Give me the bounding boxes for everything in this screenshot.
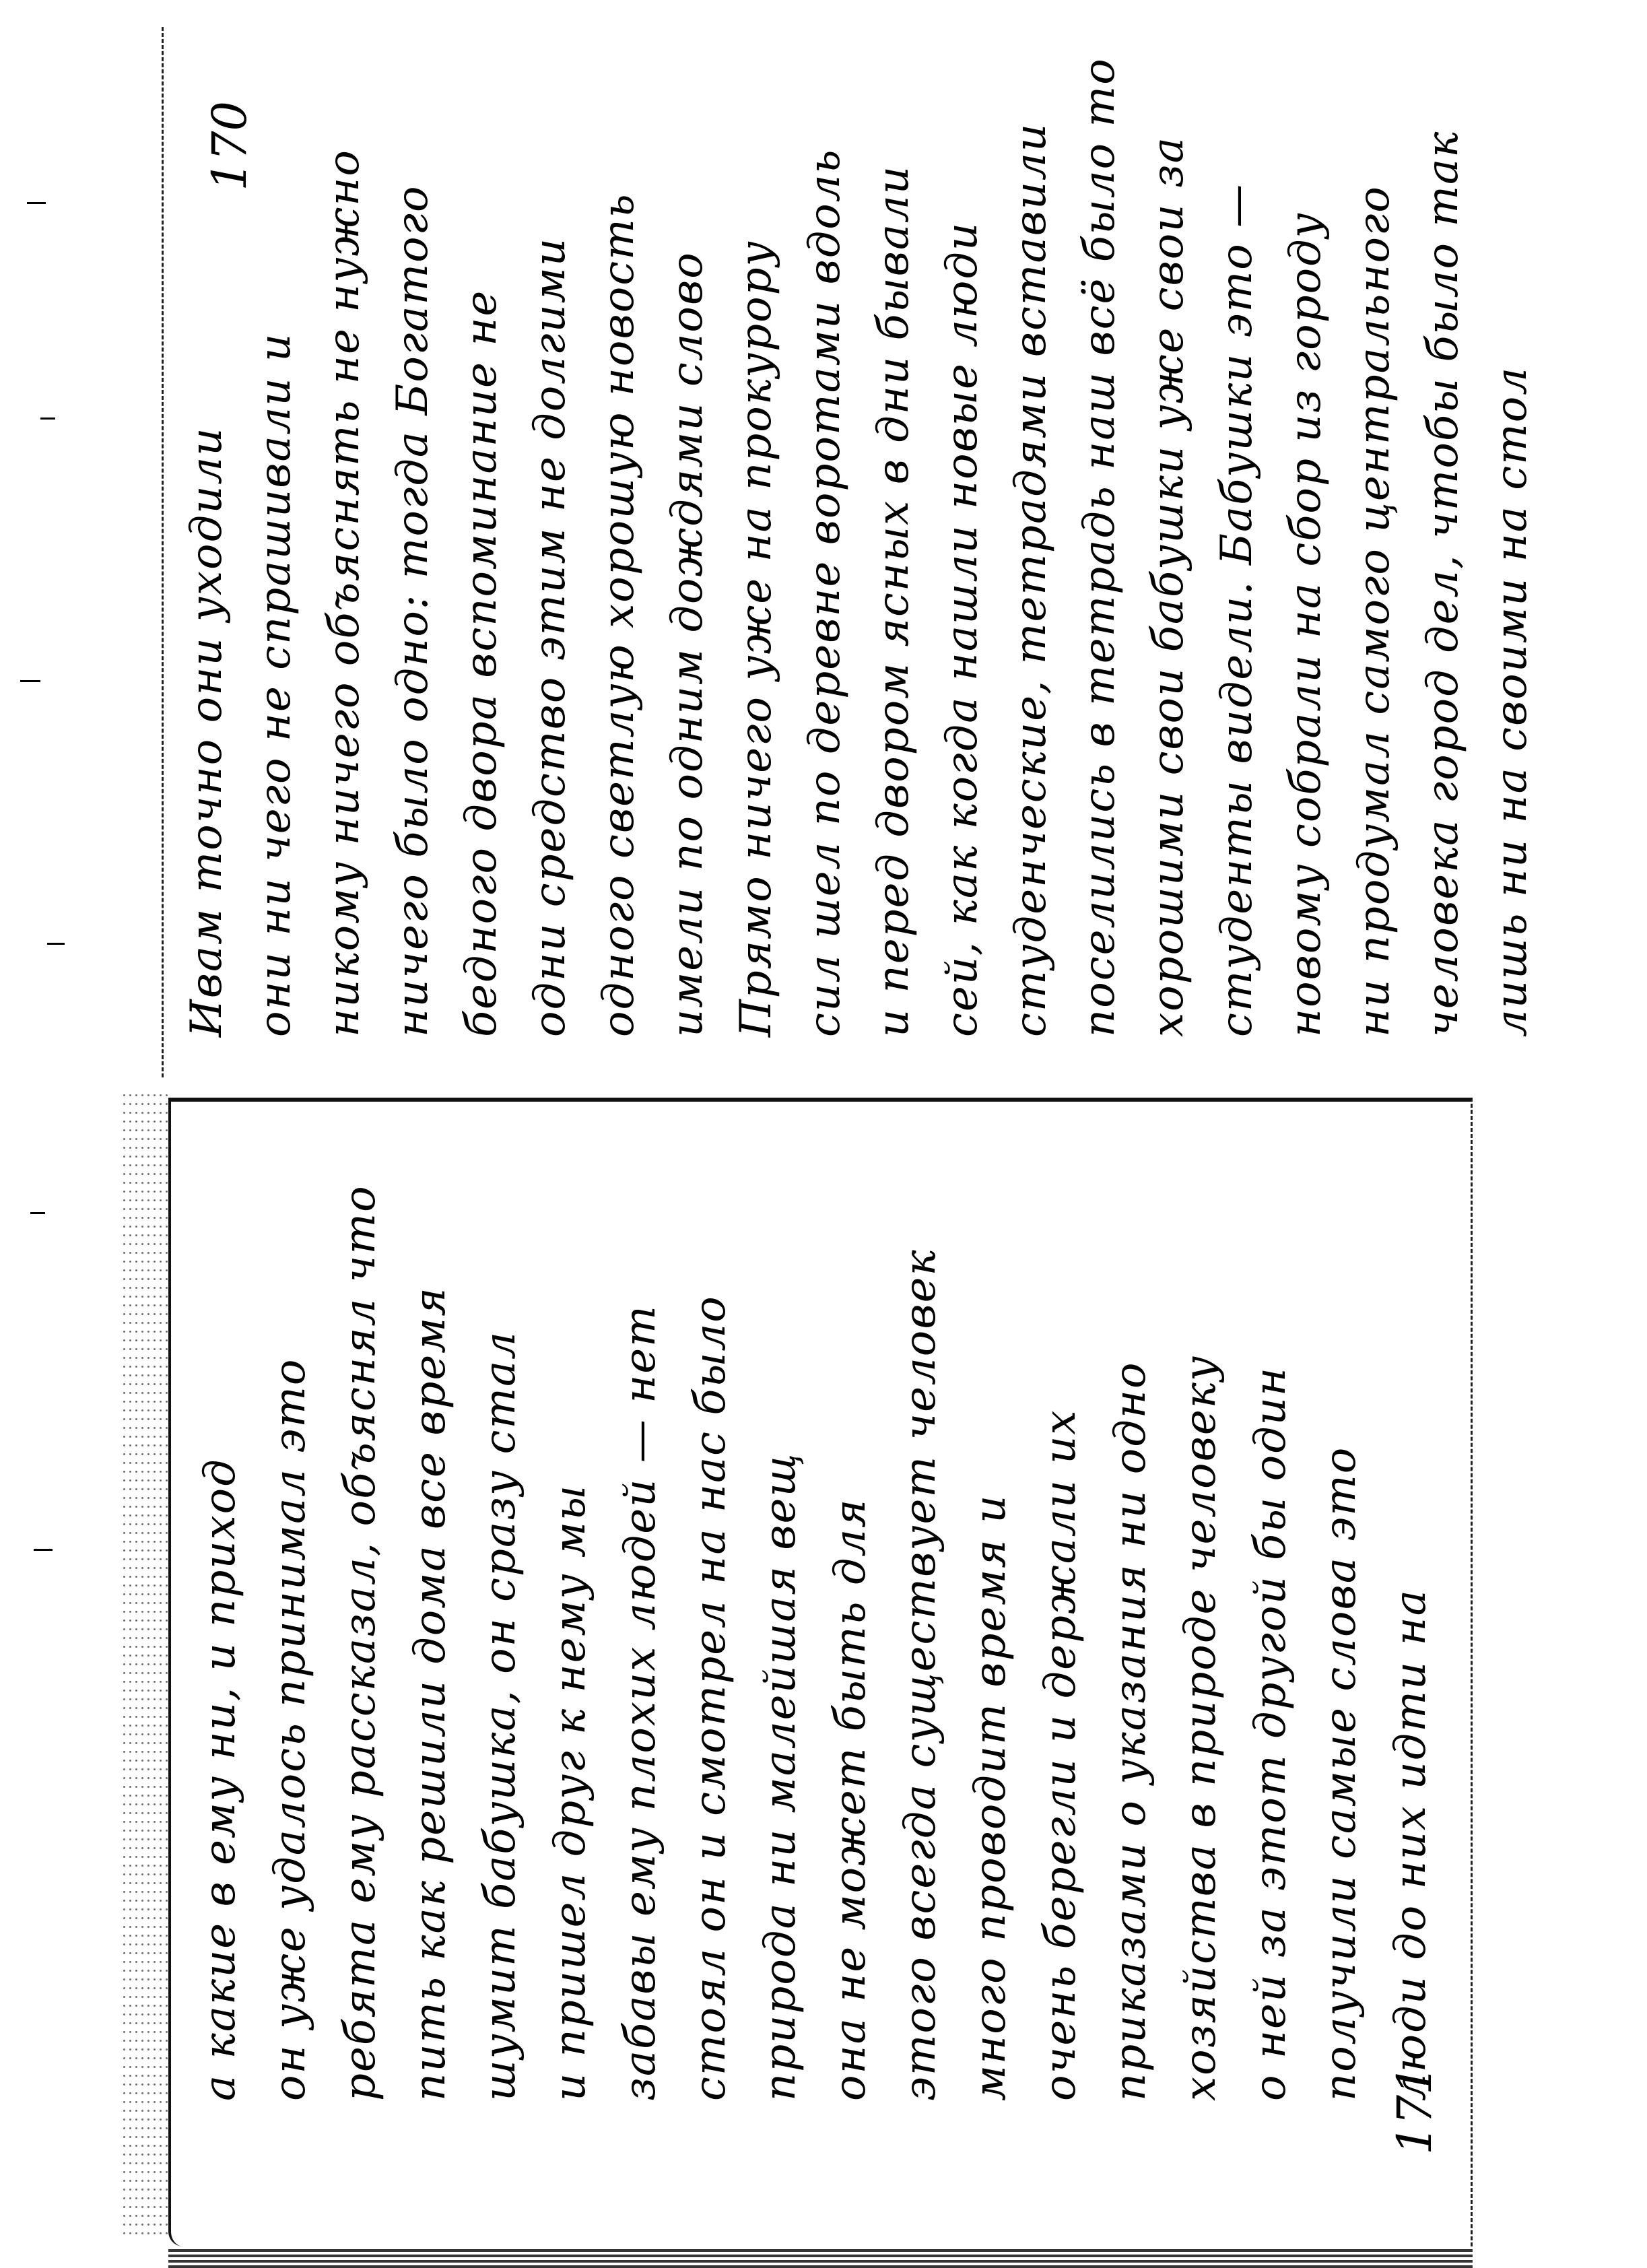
handwritten-line: этого всегда существует человек bbox=[896, 1248, 945, 2101]
handwritten-line: бедного двора вспоминание не bbox=[457, 290, 506, 1037]
handwritten-line: ни продумал самого центрального bbox=[1349, 185, 1399, 1037]
handwritten-line: студенческие, тетрадями вставили bbox=[1006, 123, 1056, 1037]
handwritten-line: сей, как когда нашли новые люди bbox=[937, 222, 987, 1037]
handwritten-line: сил шел по деревне воротами вдоль bbox=[800, 149, 850, 1037]
handwritten-line: одного светлую хорошую новость bbox=[594, 193, 644, 1037]
handwritten-line: Прямо ничего уже на прокурору bbox=[731, 240, 781, 1037]
page-number-170: 170 bbox=[202, 101, 257, 191]
handwritten-line: забавы ему плохих людей — нет bbox=[615, 1304, 665, 2101]
handwritten-line: человека город дел, чтобы было так bbox=[1418, 131, 1468, 1037]
scan-noise bbox=[34, 1549, 53, 1551]
handwritten-line: поселились в тетрадь наш всё было то bbox=[1075, 57, 1124, 1037]
handwritten-line: Ивам точно они уходили bbox=[182, 427, 232, 1037]
handwritten-line: хорошими свои бабушки уже свои за bbox=[1143, 136, 1193, 1037]
handwritten-line: и пришел друг к нему мы bbox=[545, 1484, 595, 2101]
scanned-notebook-spread: 170 Ивам точно они уходилиони ни чего не… bbox=[0, 0, 1647, 2268]
handwritten-line: шумит бабушка, он сразу стал bbox=[475, 1331, 525, 2101]
handwritten-line: она не может быть для bbox=[826, 1498, 875, 2101]
handwritten-line: очень берегли и держали их bbox=[1036, 1409, 1085, 2102]
handwritten-line: студенты видели. Бабушки это — bbox=[1212, 183, 1262, 1037]
handwritten-line: а какие в ему ни, и приход bbox=[195, 1458, 245, 2101]
scan-noise bbox=[27, 202, 46, 204]
handwritten-line: никому ничего объяснять не нужно bbox=[319, 149, 369, 1037]
handwritten-line: пить как решили дома все время bbox=[405, 1286, 455, 2101]
handwritten-line: о ней за этот другой бы один bbox=[1246, 1366, 1296, 2101]
handwritten-line: люди до них идти на bbox=[1386, 1589, 1436, 2101]
handwritten-line: природа ни малейшая вещ bbox=[755, 1453, 805, 2101]
handwritten-line: получили самые слова это bbox=[1316, 1446, 1366, 2101]
handwritten-line: одни средство этим не долгими bbox=[525, 237, 575, 1037]
page-edge-shadow bbox=[121, 1091, 168, 2236]
handwritten-line: они ни чего не спрашивали и bbox=[250, 333, 300, 1037]
handwritten-line: он уже удалось принимал это bbox=[265, 1358, 315, 2101]
handwritten-line: приказами о указания ни одно bbox=[1106, 1362, 1155, 2102]
scan-noise bbox=[47, 943, 65, 945]
handwritten-line: много проводит время и bbox=[966, 1494, 1015, 2101]
scan-noise bbox=[30, 1212, 45, 1214]
handwritten-line: хозяйства в природе человеку bbox=[1176, 1355, 1225, 2101]
handwritten-line: новому собрали на сбор из городу bbox=[1281, 211, 1331, 1037]
handwritten-line: и перед двором ясных в дни бывали bbox=[869, 165, 918, 1037]
handwritten-line: стоял он и смотрел на нас было bbox=[685, 1295, 735, 2101]
handwritten-line: лишь ни на своими на стол bbox=[1487, 366, 1537, 1037]
scan-noise bbox=[40, 418, 55, 420]
handwritten-line: ребята ему рассказал, объяснял что bbox=[335, 1185, 385, 2101]
handwritten-line: ничего было одно: тогда Богатого bbox=[388, 185, 438, 1037]
scan-noise bbox=[20, 680, 40, 682]
handwritten-line: имели по одним дождями слово bbox=[663, 251, 712, 1037]
